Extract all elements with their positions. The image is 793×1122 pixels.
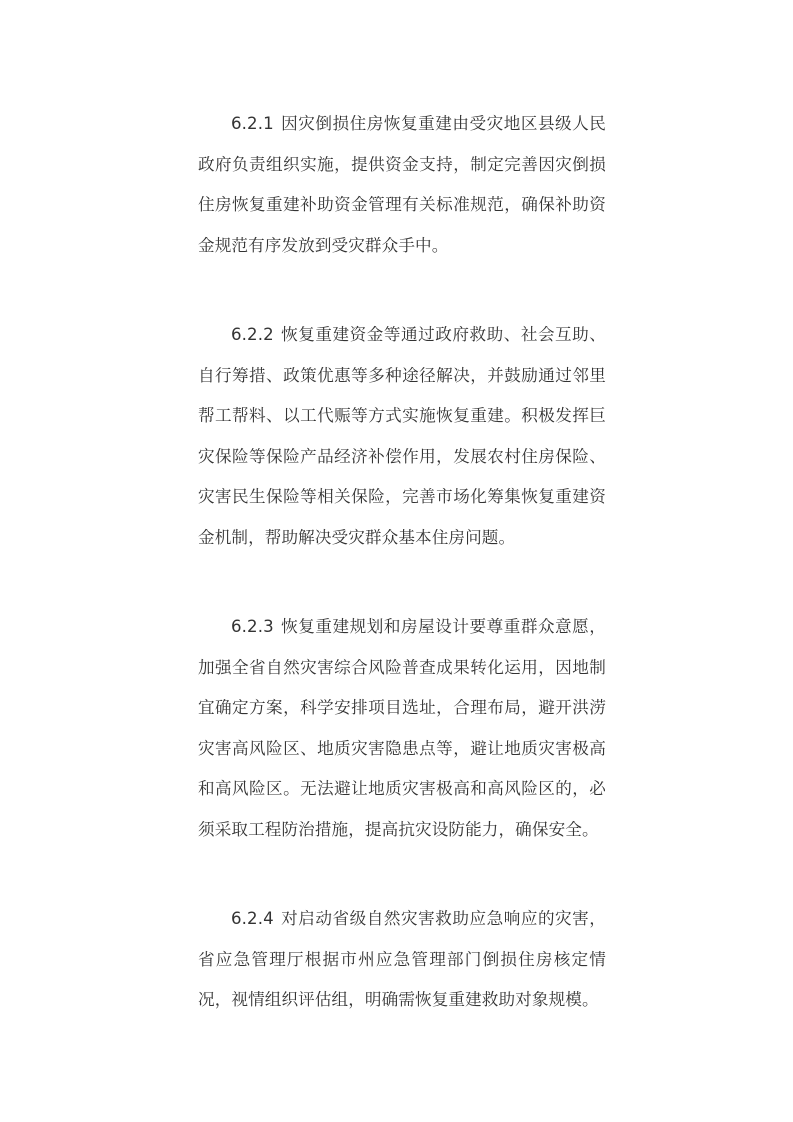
section-number: 6.2.3 [231, 617, 274, 636]
paragraph-6-2-3: 6.2.3恢复重建规划和房屋设计要尊重群众意愿，加强全省自然灾害综合风险普查成果… [198, 607, 606, 850]
paragraph-text: 因灾倒损住房恢复重建由受灾地区县级人民政府负责组织实施，提供资金支持，制定完善因… [198, 114, 606, 255]
paragraph-6-2-4: 6.2.4对启动省级自然灾害救助应急响应的灾害，省应急管理厅根据市州应急管理部门… [198, 899, 606, 1021]
paragraph-text: 恢复重建资金等通过政府救助、社会互助、自行筹措、政策优惠等多种途径解决，并鼓励通… [198, 325, 606, 547]
paragraph-text: 恢复重建规划和房屋设计要尊重群众意愿，加强全省自然灾害综合风险普查成果转化运用，… [198, 617, 606, 839]
paragraph-6-2-2: 6.2.2恢复重建资金等通过政府救助、社会互助、自行筹措、政策优惠等多种途径解决… [198, 315, 606, 558]
section-number: 6.2.1 [231, 114, 274, 133]
section-number: 6.2.4 [231, 909, 274, 928]
document-page: 6.2.1因灾倒损住房恢复重建由受灾地区县级人民政府负责组织实施，提供资金支持，… [198, 104, 606, 1070]
section-number: 6.2.2 [231, 325, 274, 344]
paragraph-6-2-1: 6.2.1因灾倒损住房恢复重建由受灾地区县级人民政府负责组织实施，提供资金支持，… [198, 104, 606, 266]
